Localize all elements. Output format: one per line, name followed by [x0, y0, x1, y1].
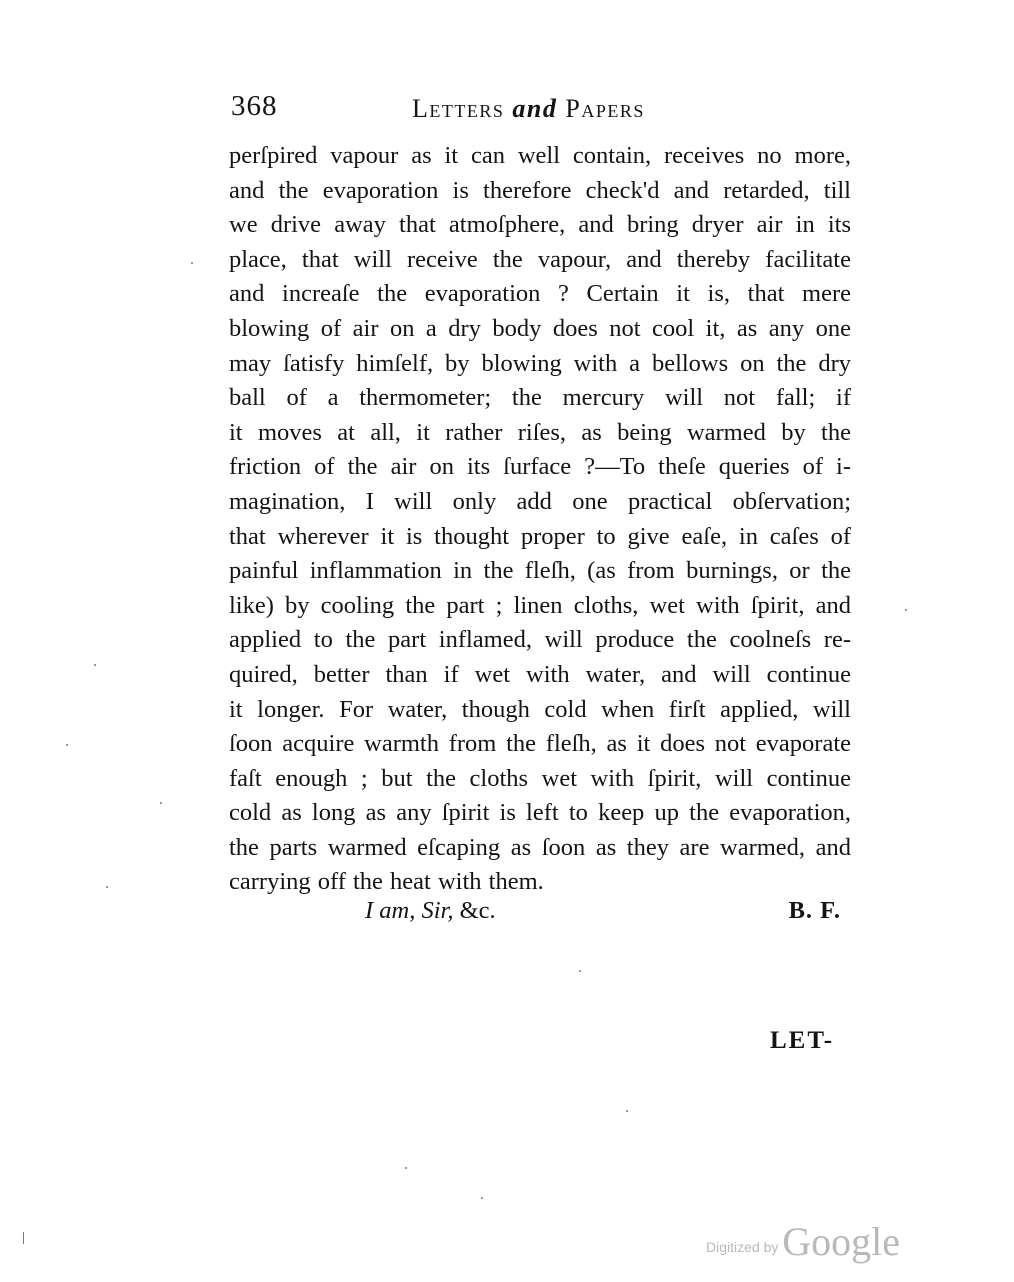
scan-speck	[23, 1232, 24, 1244]
body-text: perſpired vapour as it can well contain,…	[229, 139, 851, 900]
running-title: Letters and Papers	[412, 94, 645, 124]
text-line: place, that will receive the vapour, and…	[229, 243, 851, 278]
scan-speck	[191, 262, 193, 264]
scan-speck	[94, 664, 96, 666]
scan-speck	[106, 886, 108, 888]
scan-speck	[160, 802, 162, 804]
text-line: ſoon acquire warmth from the fleſh, as i…	[229, 727, 851, 762]
letter-signoff: I am, Sir, &c. B. F.	[229, 893, 851, 933]
text-line: and the evaporation is therefore check'd…	[229, 174, 851, 209]
catchword: LET-	[770, 1027, 834, 1055]
text-line: it longer. For water, though cold when f…	[229, 693, 851, 728]
text-line: that wherever it is thought proper to gi…	[229, 520, 851, 555]
closing-salutation: I am, Sir, &c.	[365, 897, 496, 925]
text-line: like) by cooling the part ; linen cloths…	[229, 589, 851, 624]
text-line: quired, better than if wet with water, a…	[229, 658, 851, 693]
text-line: painful inflammation in the fleſh, (as f…	[229, 554, 851, 589]
google-logo: Google	[782, 1219, 900, 1264]
watermark-prefix: Digitized by	[706, 1239, 782, 1255]
text-line: it moves at all, it rather riſes, as bei…	[229, 416, 851, 451]
closing-text: I am, Sir,	[365, 897, 460, 924]
running-title-part2: Papers	[557, 94, 644, 123]
text-line: may ſatisfy himſelf, by blowing with a b…	[229, 347, 851, 382]
text-line: applied to the part inflamed, will produ…	[229, 623, 851, 658]
text-line: friction of the air on its ſurface ?—To …	[229, 450, 851, 485]
text-line: magination, I will only add one practica…	[229, 485, 851, 520]
text-line: cold as long as any ſpirit is left to ke…	[229, 796, 851, 831]
scan-speck	[905, 609, 907, 611]
scan-speck	[579, 970, 581, 972]
text-line: blowing of air on a dry body does not co…	[229, 312, 851, 347]
text-line: ball of a thermometer; the mercury will …	[229, 381, 851, 416]
digitized-watermark: Digitized by Google	[706, 1218, 900, 1265]
page-header: 368 Letters and Papers	[229, 88, 849, 128]
text-line: faſt enough ; but the cloths wet with ſp…	[229, 762, 851, 797]
text-line: the parts warmed eſcaping as ſoon as the…	[229, 831, 851, 866]
scan-speck	[481, 1197, 483, 1199]
closing-etc: &c.	[460, 897, 496, 924]
running-title-connector: and	[512, 94, 557, 123]
text-line: perſpired vapour as it can well contain,…	[229, 139, 851, 174]
scan-speck	[626, 1110, 628, 1112]
text-line: we drive away that atmoſphere, and bring…	[229, 208, 851, 243]
signature-initials: B. F.	[789, 897, 841, 925]
scan-speck	[66, 744, 68, 746]
scan-speck	[405, 1167, 407, 1169]
page-number: 368	[231, 90, 278, 123]
running-title-part1: Letters	[412, 94, 512, 123]
text-line: and increaſe the evaporation ? Certain i…	[229, 277, 851, 312]
